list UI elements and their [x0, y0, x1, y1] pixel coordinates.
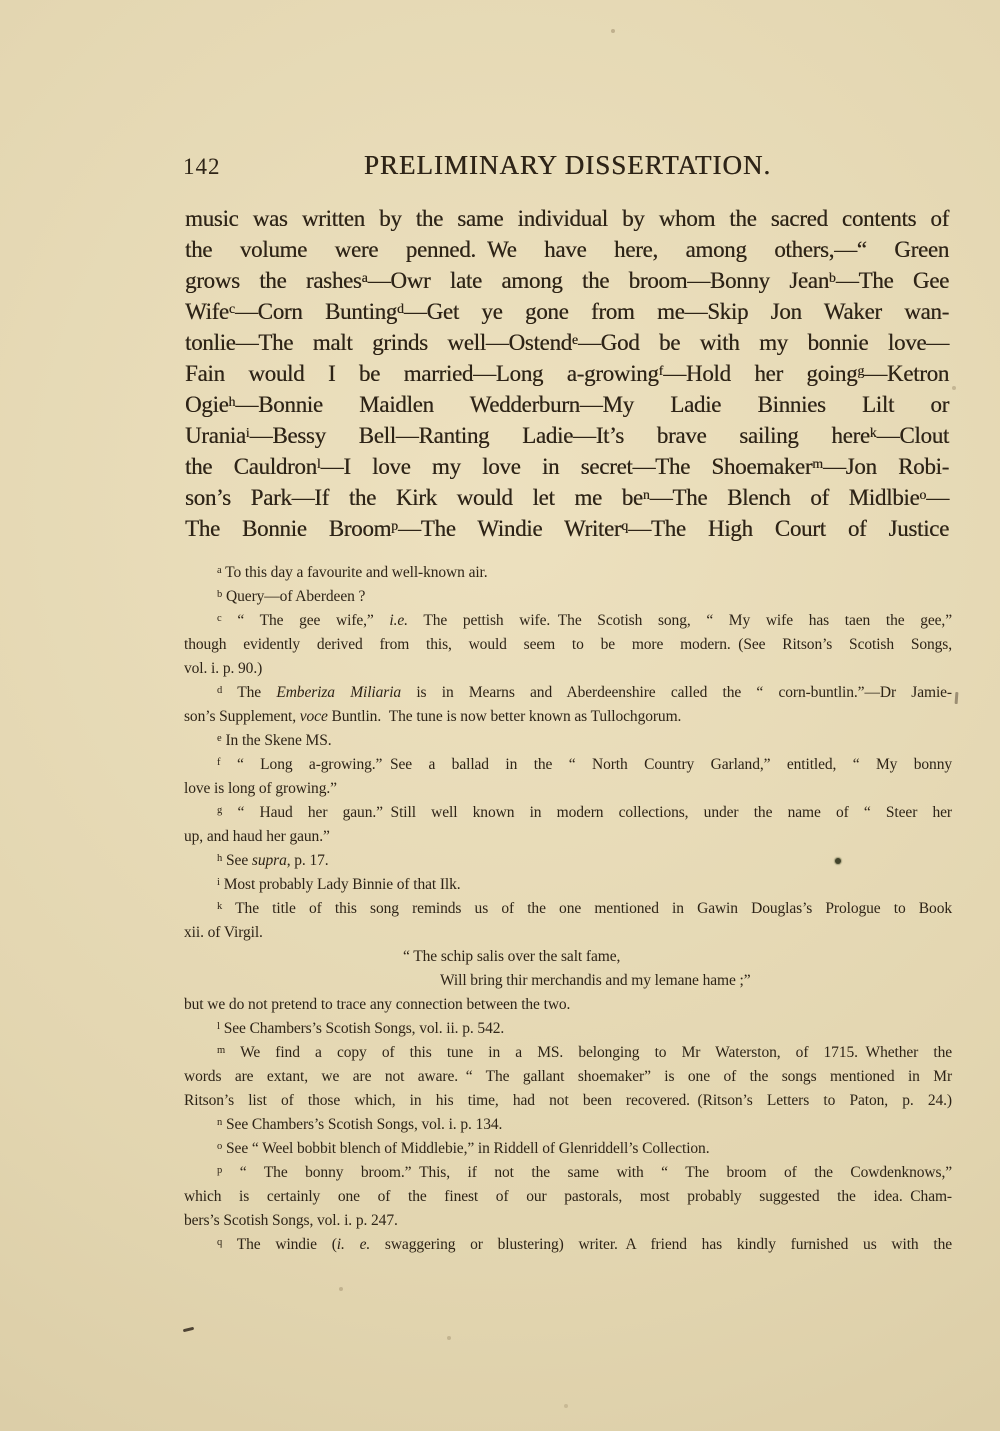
footnote-line: i Most probably Lady Binnie of that Ilk.	[184, 873, 952, 897]
text-line: the volume were penned. We have here, am…	[185, 234, 949, 265]
footnote-line: a To this day a favourite and well-known…	[184, 561, 952, 585]
footnote-line: love is long of growing.”	[184, 777, 952, 801]
footnote-line: k The title of this song reminds us of t…	[184, 897, 952, 921]
footnote-line: Will bring thir merchandis and my lemane…	[440, 969, 952, 993]
footnote-line: g “ Haud her gaun.” Still well known in …	[184, 801, 952, 825]
main-paragraph: music was written by the same individual…	[185, 203, 949, 544]
page-number: 142	[183, 154, 221, 180]
footnotes-block: a To this day a favourite and well-known…	[184, 561, 952, 1257]
footnote-line: b Query—of Aberdeen ?	[184, 585, 952, 609]
pen-mark	[183, 1327, 194, 1333]
footnote-line: o See “ Weel bobbit blench of Middlebie,…	[184, 1137, 952, 1161]
text-line: music was written by the same individual…	[185, 203, 949, 234]
footnote-line: “ The schip salis over the salt fame,	[403, 945, 952, 969]
footnote-line: words are extant, we are not aware. “ Th…	[184, 1065, 952, 1089]
footnote-line: Ritson’s list of those which, in his tim…	[184, 1089, 952, 1113]
footnote-line: up, and haud her gaun.”	[184, 825, 952, 849]
text-line: tonlie—The malt grinds well—Ostende—God …	[185, 327, 949, 358]
paper-texture	[0, 0, 2, 2]
footnote-line: m We find a copy of this tune in a MS. b…	[184, 1041, 952, 1065]
footnote-line: vol. i. p. 90.)	[184, 657, 952, 681]
ink-speck	[835, 858, 841, 864]
text-line: son’s Park—If the Kirk would let me ben—…	[185, 482, 949, 513]
footnote-line: f “ Long a-growing.” See a ballad in the…	[184, 753, 952, 777]
text-line: Ogieh—Bonnie Maidlen Wedderburn—My Ladie…	[185, 389, 949, 420]
text-line: Wifec—Corn Buntingd—Get ye gone from me—…	[185, 296, 949, 327]
text-line: Uraniai—Bessy Bell—Ranting Ladie—It’s br…	[185, 420, 949, 451]
footnote-line: e In the Skene MS.	[184, 729, 952, 753]
footnote-line: bers’s Scotish Songs, vol. i. p. 247.	[184, 1209, 952, 1233]
text-line: grows the rashesa—Owr late among the bro…	[185, 265, 949, 296]
footnote-line: though evidently derived from this, woul…	[184, 633, 952, 657]
footnote-line: l See Chambers’s Scotish Songs, vol. ii.…	[184, 1017, 952, 1041]
footnote-line: q The windie (i. e. swaggering or bluste…	[184, 1233, 952, 1257]
text-line: the Cauldronl—I love my love in secret—T…	[185, 451, 949, 482]
page-header: 142 PRELIMINARY DISSERTATION.	[185, 150, 950, 184]
footnote-line: n See Chambers’s Scotish Songs, vol. i. …	[184, 1113, 952, 1137]
text-line: Fain would I be married—Long a-growingf—…	[185, 358, 949, 389]
footnote-line: c “ The gee wife,” i.e. The pettish wife…	[184, 609, 952, 633]
footnote-line: p “ The bonny broom.” This, if not the s…	[184, 1161, 952, 1185]
footnote-line: but we do not pretend to trace any conne…	[184, 993, 952, 1017]
footnote-line: xii. of Virgil.	[184, 921, 952, 945]
footnote-line: d The Emberiza Miliaria is in Mearns and…	[184, 681, 952, 705]
stray-mark	[955, 692, 958, 704]
footnote-line: son’s Supplement, voce Buntlin. The tune…	[184, 705, 952, 729]
page-title: PRELIMINARY DISSERTATION.	[185, 150, 950, 181]
text-line: The Bonnie Broomp—The Windie Writerq—The…	[185, 513, 949, 544]
book-page: 142 PRELIMINARY DISSERTATION. music was …	[0, 0, 1000, 1431]
footnote-line: which is certainly one of the finest of …	[184, 1185, 952, 1209]
